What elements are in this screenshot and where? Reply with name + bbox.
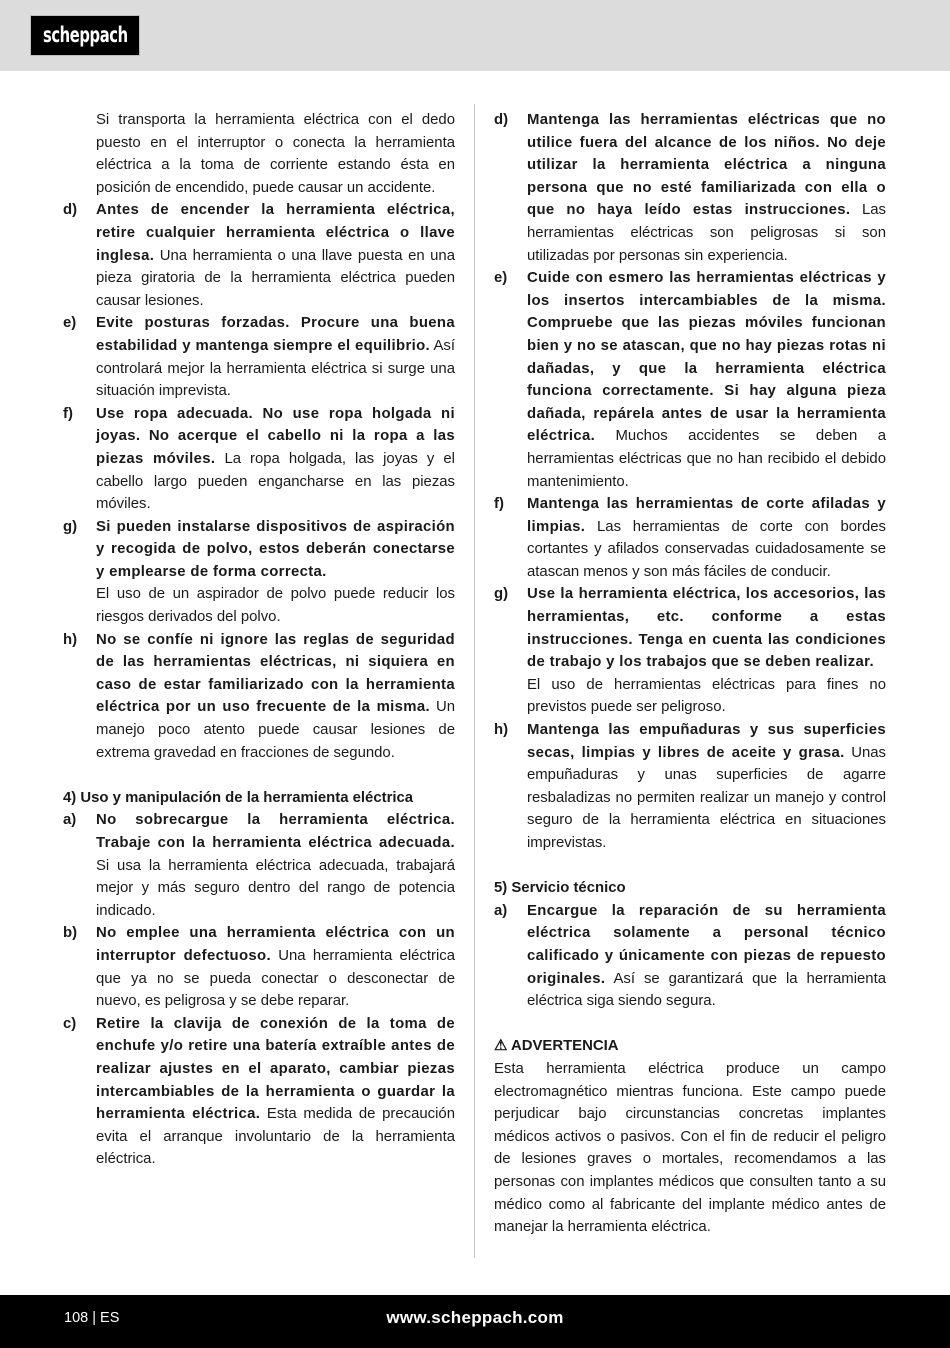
- list-item: d) Antes de encender la herramienta eléc…: [63, 199, 455, 312]
- list-item: h) No se confíe ni ignore las reglas de …: [63, 629, 455, 765]
- warning-triangle-icon: ⚠: [494, 1038, 507, 1054]
- list-item: b) No emplee una herramienta eléctrica c…: [63, 922, 455, 1012]
- spacer: [494, 1013, 886, 1036]
- list-item: h) Mantenga las empuñaduras y sus superf…: [494, 719, 886, 855]
- item-label: d): [494, 109, 508, 132]
- list-item: c) Retire la clavija de conexión de la t…: [63, 1013, 455, 1171]
- item-label: f): [63, 403, 73, 426]
- item-label: c): [63, 1013, 76, 1036]
- list-item: g) Use la herramienta eléctrica, los acc…: [494, 583, 886, 719]
- website-link[interactable]: www.scheppach.com: [0, 1308, 950, 1328]
- list-item: a) No sobrecargue la herramienta eléctri…: [63, 809, 455, 922]
- list-item: d) Mantenga las herramientas eléctricas …: [494, 109, 886, 267]
- item-bold-text: Cuide con esmero las herramientas eléctr…: [527, 270, 886, 444]
- item-bold-text: No se confíe ni ignore las reglas de seg…: [96, 632, 455, 716]
- item-label: b): [63, 922, 77, 945]
- item-bold-text: Evite posturas forzadas. Procure una bue…: [96, 315, 455, 354]
- item-label: g): [494, 583, 508, 606]
- item-label: g): [63, 516, 77, 539]
- list-item: g) Si pueden instalarse dispositivos de …: [63, 516, 455, 629]
- list-item: f) Use ropa adecuada. No use ropa holgad…: [63, 403, 455, 516]
- item-bold-text: Mantenga las empuñaduras y sus superfici…: [527, 722, 886, 761]
- item-bold-text: Si pueden instalarse dispositivos de asp…: [96, 519, 455, 580]
- left-column: Si transporta la herramienta eléctrica c…: [63, 109, 455, 1171]
- logo-text: scheppach: [43, 25, 128, 46]
- column-divider: [474, 104, 475, 1258]
- item-label: e): [63, 312, 76, 335]
- list-item: e) Cuide con esmero las herramientas elé…: [494, 267, 886, 493]
- item-bold-text: No sobrecargue la herramienta eléctrica.…: [96, 812, 455, 851]
- item-label: h): [63, 629, 77, 652]
- page-footer: 108 | ES www.scheppach.com: [0, 1295, 950, 1348]
- item-text: El uso de un aspirador de polvo puede re…: [96, 586, 455, 625]
- section-heading-4: 4) Uso y manipulación de la herramienta …: [63, 787, 455, 810]
- item-label: f): [494, 493, 504, 516]
- item-text: El uso de herramientas eléctricas para f…: [527, 677, 886, 716]
- list-item: f) Mantenga las herramientas de corte af…: [494, 493, 886, 583]
- item-label: h): [494, 719, 508, 742]
- intro-paragraph: Si transporta la herramienta eléctrica c…: [63, 109, 455, 199]
- warning-heading: ⚠ ADVERTENCIA: [494, 1035, 886, 1058]
- warning-title: ADVERTENCIA: [511, 1038, 619, 1054]
- scheppach-logo: scheppach: [30, 15, 140, 56]
- item-label: d): [63, 199, 77, 222]
- item-label: a): [494, 900, 507, 923]
- item-label: a): [63, 809, 76, 832]
- item-bold-text: Use la herramienta eléctrica, los acceso…: [527, 586, 886, 670]
- item-bold-text: Mantenga las herramientas eléctricas que…: [527, 112, 886, 218]
- list-item: a) Encargue la reparación de su herramie…: [494, 900, 886, 1013]
- item-label: e): [494, 267, 507, 290]
- page-header: scheppach: [0, 0, 950, 71]
- warning-text: Esta herramienta eléctrica produce un ca…: [494, 1058, 886, 1239]
- item-text: Si usa la herramienta eléctrica adecuada…: [96, 858, 455, 919]
- list-item: e) Evite posturas forzadas. Procure una …: [63, 312, 455, 402]
- section-heading-5: 5) Servicio técnico: [494, 877, 886, 900]
- right-column: d) Mantenga las herramientas eléctricas …: [494, 109, 886, 1239]
